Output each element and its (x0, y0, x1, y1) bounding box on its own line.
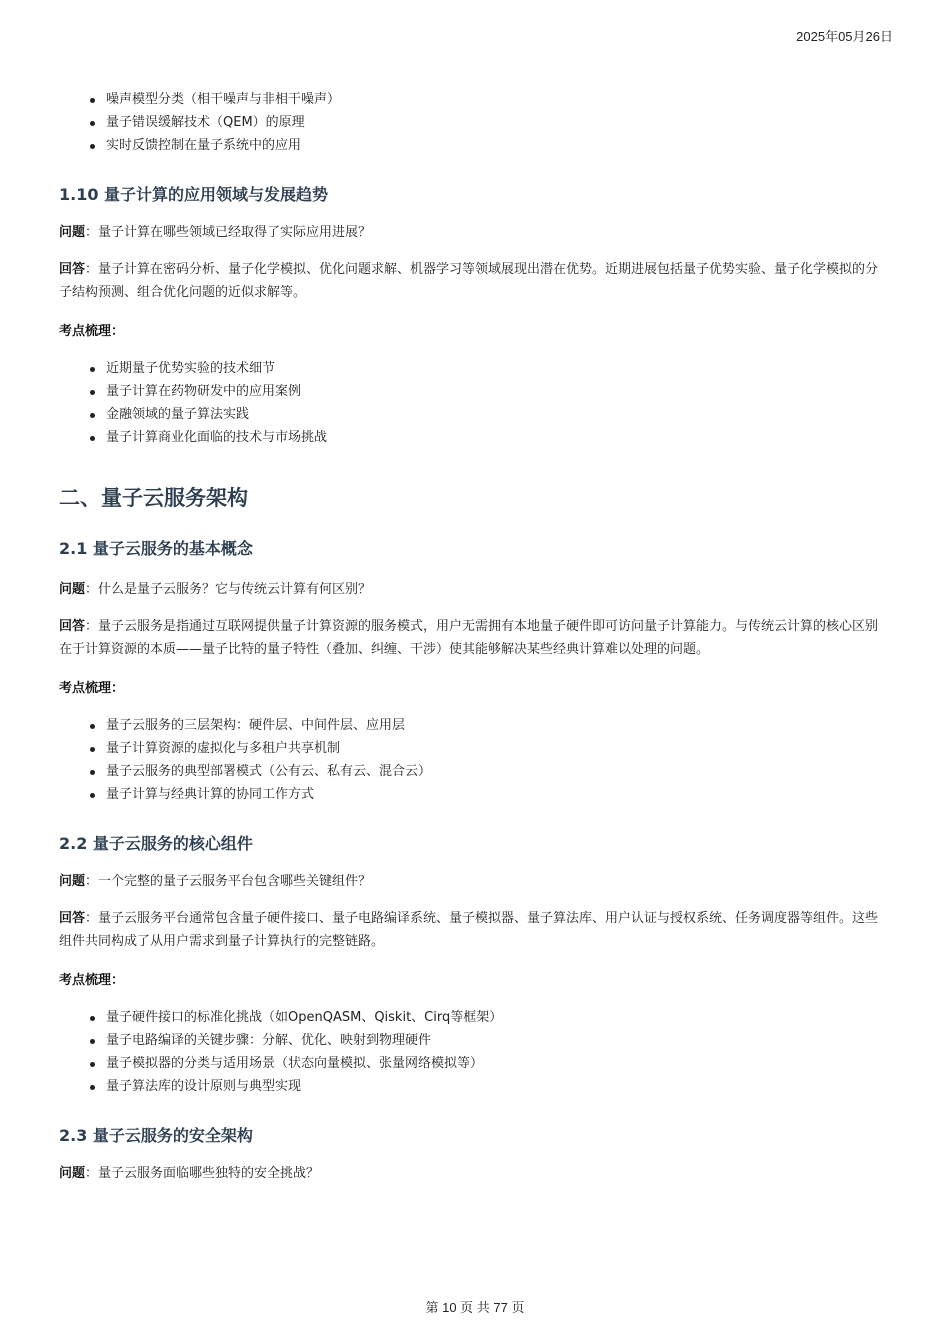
question-paragraph: 问题：什么是量子云服务？它与传统云计算有何区别？ (59, 578, 879, 601)
question-text: ：量子云服务面临哪些独特的安全挑战？ (85, 1166, 319, 1181)
points-label: 考点梳理 (59, 973, 111, 988)
list-item: 金融领域的量子算法实践 (106, 403, 879, 426)
points-heading: 考点梳理： (59, 969, 879, 992)
answer-label: 回答 (59, 619, 85, 634)
answer-text: ：量子云服务是指通过互联网提供量子计算资源的服务模式，用户无需拥有本地量子硬件即… (59, 619, 878, 657)
answer-paragraph: 回答：量子计算在密码分析、量子化学模拟、优化问题求解、机器学习等领域展现出潜在优… (59, 258, 879, 304)
question-paragraph: 问题：量子计算在哪些领域已经取得了实际应用进展？ (59, 221, 879, 244)
list-item: 量子电路编译的关键步骤：分解、优化、映射到物理硬件 (106, 1029, 879, 1052)
list-item: 量子计算在药物研发中的应用案例 (106, 380, 879, 403)
list-item: 量子错误缓解技术（QEM）的原理 (106, 111, 879, 134)
section-heading: 2.3 量子云服务的安全架构 (59, 1124, 879, 1148)
section-2-3: 2.3 量子云服务的安全架构 问题：量子云服务面临哪些独特的安全挑战？ (59, 1124, 879, 1185)
list-item: 量子硬件接口的标准化挑战（如OpenQASM、Qiskit、Cirq等框架） (106, 1006, 879, 1029)
question-text: ：什么是量子云服务？它与传统云计算有何区别？ (85, 582, 371, 597)
question-label: 问题 (59, 582, 85, 597)
intro-bullet-list: 噪声模型分类（相干噪声与非相干噪声） 量子错误缓解技术（QEM）的原理 实时反馈… (59, 88, 879, 157)
list-item: 近期量子优势实验的技术细节 (106, 357, 879, 380)
points-label: 考点梳理 (59, 324, 111, 339)
question-paragraph: 问题：量子云服务面临哪些独特的安全挑战？ (59, 1162, 879, 1185)
answer-label: 回答 (59, 262, 85, 277)
list-item: 实时反馈控制在量子系统中的应用 (106, 134, 879, 157)
question-label: 问题 (59, 1166, 85, 1181)
list-item: 量子计算与经典计算的协同工作方式 (106, 783, 879, 806)
answer-paragraph: 回答：量子云服务是指通过互联网提供量子计算资源的服务模式，用户无需拥有本地量子硬… (59, 615, 879, 661)
answer-label: 回答 (59, 911, 85, 926)
question-text: ：量子计算在哪些领域已经取得了实际应用进展？ (85, 225, 371, 240)
question-label: 问题 (59, 225, 85, 240)
document-date: 2025年05月26日 (796, 26, 893, 45)
list-item: 噪声模型分类（相干噪声与非相干噪声） (106, 88, 879, 111)
points-colon: ： (111, 324, 124, 339)
points-colon: ： (111, 681, 124, 696)
document-body: 噪声模型分类（相干噪声与非相干噪声） 量子错误缓解技术（QEM）的原理 实时反馈… (59, 88, 879, 1185)
key-points-list: 量子云服务的三层架构：硬件层、中间件层、应用层 量子计算资源的虚拟化与多租户共享… (59, 714, 879, 806)
section-2-2: 2.2 量子云服务的核心组件 问题：一个完整的量子云服务平台包含哪些关键组件？ … (59, 832, 879, 1098)
list-item: 量子云服务的三层架构：硬件层、中间件层、应用层 (106, 714, 879, 737)
list-item: 量子云服务的典型部署模式（公有云、私有云、混合云） (106, 760, 879, 783)
section-heading: 2.1 量子云服务的基本概念 (59, 537, 879, 561)
list-item: 量子计算资源的虚拟化与多租户共享机制 (106, 737, 879, 760)
answer-text: ：量子计算在密码分析、量子化学模拟、优化问题求解、机器学习等领域展现出潜在优势。… (59, 262, 878, 300)
section-heading: 1.10 量子计算的应用领域与发展趋势 (59, 183, 879, 207)
list-item: 量子算法库的设计原则与典型实现 (106, 1075, 879, 1098)
points-heading: 考点梳理： (59, 320, 879, 343)
answer-text: ：量子云服务平台通常包含量子硬件接口、量子电路编译系统、量子模拟器、量子算法库、… (59, 911, 878, 949)
section-1-10: 1.10 量子计算的应用领域与发展趋势 问题：量子计算在哪些领域已经取得了实际应… (59, 183, 879, 449)
section-heading: 2.2 量子云服务的核心组件 (59, 832, 879, 856)
question-paragraph: 问题：一个完整的量子云服务平台包含哪些关键组件？ (59, 870, 879, 893)
points-heading: 考点梳理： (59, 677, 879, 700)
list-item: 量子模拟器的分类与适用场景（状态向量模拟、张量网络模拟等） (106, 1052, 879, 1075)
key-points-list: 量子硬件接口的标准化挑战（如OpenQASM、Qiskit、Cirq等框架） 量… (59, 1006, 879, 1098)
list-item: 量子计算商业化面临的技术与市场挑战 (106, 426, 879, 449)
points-label: 考点梳理 (59, 681, 111, 696)
section-2-1: 2.1 量子云服务的基本概念 问题：什么是量子云服务？它与传统云计算有何区别？ … (59, 537, 879, 806)
question-label: 问题 (59, 874, 85, 889)
key-points-list: 近期量子优势实验的技术细节 量子计算在药物研发中的应用案例 金融领域的量子算法实… (59, 357, 879, 449)
answer-paragraph: 回答：量子云服务平台通常包含量子硬件接口、量子电路编译系统、量子模拟器、量子算法… (59, 907, 879, 953)
chapter-heading: 二、量子云服务架构 (59, 483, 879, 513)
question-text: ：一个完整的量子云服务平台包含哪些关键组件？ (85, 874, 371, 889)
points-colon: ： (111, 973, 124, 988)
page-indicator: 第 10 页 共 77 页 (0, 1297, 950, 1316)
